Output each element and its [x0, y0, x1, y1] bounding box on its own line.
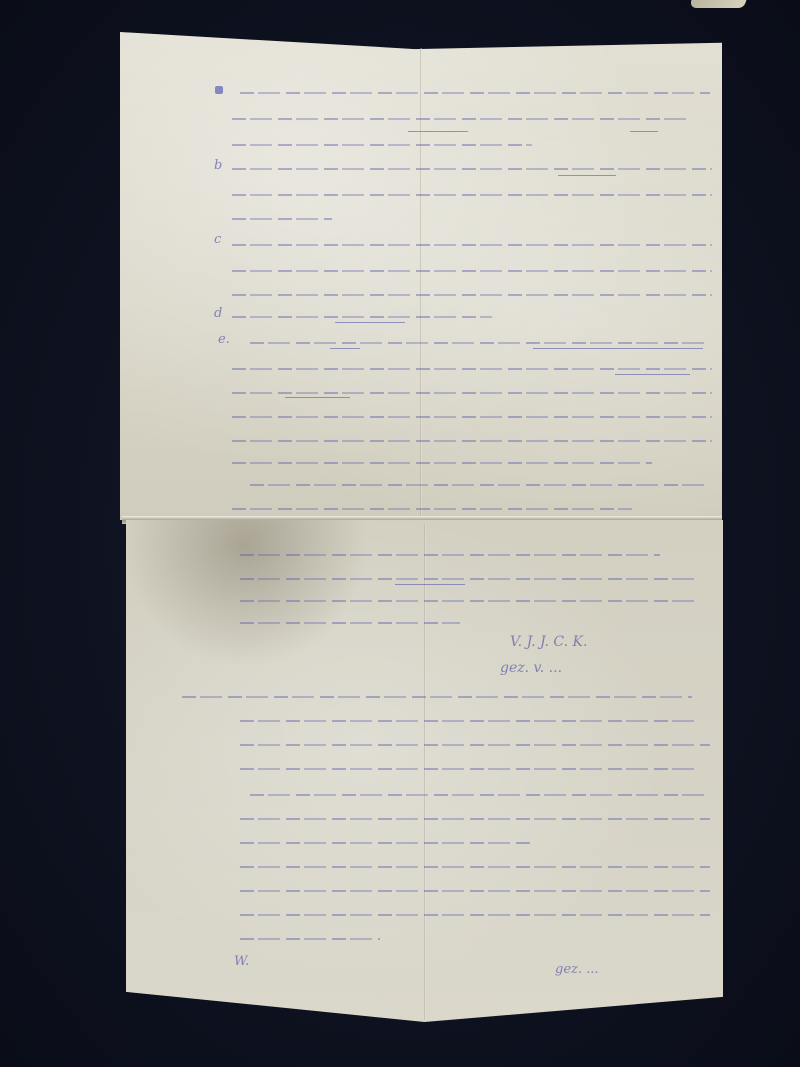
underline — [330, 348, 360, 349]
handwriting-line — [232, 160, 712, 176]
item-marker-c: c — [214, 232, 221, 247]
handwriting-line — [232, 500, 632, 516]
handwriting-line — [240, 736, 710, 752]
item-marker-a — [215, 86, 223, 94]
handwriting-line — [232, 110, 702, 126]
handwriting-line — [232, 186, 712, 202]
underline — [285, 397, 350, 398]
handwriting-line — [232, 432, 712, 448]
underline — [558, 175, 616, 176]
handwriting-line — [232, 236, 712, 252]
handwriting-line — [240, 930, 390, 946]
handwriting-line — [232, 408, 712, 424]
paper-scrap — [689, 0, 747, 8]
underline — [335, 322, 405, 323]
item-marker-b: b — [214, 158, 222, 173]
item-marker-e: e. — [218, 332, 230, 347]
handwriting-line — [232, 136, 532, 152]
handwriting-line — [232, 262, 712, 278]
handwriting-line — [232, 210, 342, 226]
signature-name: gez. v. ... — [500, 660, 562, 676]
underline — [533, 348, 703, 349]
underline — [615, 374, 690, 375]
handwriting-line — [240, 760, 700, 776]
underline — [395, 584, 465, 585]
handwriting-line — [240, 614, 470, 630]
handwriting-line — [250, 476, 710, 492]
handwriting-line — [250, 786, 710, 802]
handwriting-line — [240, 592, 700, 608]
handwriting-line — [240, 906, 710, 922]
handwriting-line — [232, 454, 652, 470]
closing-signature: gez. ... — [555, 962, 599, 977]
handwriting-line — [240, 570, 700, 586]
signature-initials: V. J. J. C. K. — [510, 634, 587, 650]
handwriting-line — [240, 84, 710, 100]
underline — [408, 131, 468, 132]
handwriting-line — [182, 688, 692, 704]
closing-mark: W. — [234, 954, 249, 969]
handwriting-line — [240, 858, 710, 874]
handwriting-line — [240, 712, 700, 728]
handwriting-line — [240, 810, 710, 826]
handwriting-line — [240, 882, 710, 898]
handwriting-line — [232, 286, 712, 302]
handwriting-line — [240, 546, 660, 562]
item-marker-d: d — [214, 306, 222, 321]
handwriting-line — [240, 834, 540, 850]
underline — [630, 131, 658, 132]
